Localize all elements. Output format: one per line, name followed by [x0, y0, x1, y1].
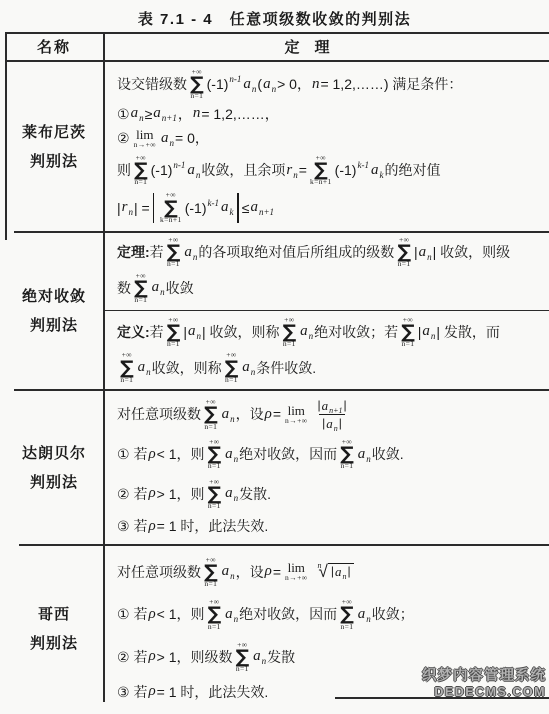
summation-symbol: +∞∑n=1: [204, 398, 218, 431]
summation-symbol: +∞∑n=1: [204, 556, 218, 589]
row-theorem-cell: 对任意项级数+∞∑n=1an，设 ρ = limn→+∞| an+1 || an…: [104, 389, 549, 544]
summation-lower-limit: n=1: [398, 260, 411, 268]
variable: an: [152, 279, 165, 296]
variable: an: [225, 485, 238, 502]
formula-text: = 0，: [175, 130, 209, 146]
formula-text: 的各项取绝对值后所组成的级数: [198, 244, 394, 260]
row-name-line: 哥西: [38, 603, 70, 624]
sigma-glyph: ∑: [204, 564, 218, 580]
formula-text: ，设: [236, 564, 264, 580]
table-row: 莱布尼茨判别法设交错级数+∞∑n=1(-1)n-1an(an > 0，n = 1…: [0, 61, 549, 231]
theorem-section: 对任意项级数+∞∑n=1an，设 ρ = limn→+∞| an+1 || an…: [104, 389, 549, 544]
row-name-line: 判别法: [30, 471, 78, 492]
variable: an: [243, 76, 256, 93]
variable: an: [242, 359, 255, 376]
formula-text: |: [418, 324, 422, 340]
variable: an: [358, 446, 371, 463]
formula-text: 绝对收敛，因而: [239, 606, 337, 622]
subscript: n+1: [162, 113, 177, 123]
sigma-glyph: ∑: [208, 606, 222, 622]
formula-text: 则: [117, 162, 131, 178]
variable: an: [358, 606, 371, 623]
formula-text: |: [117, 200, 121, 216]
summation-lower-limit: n=1: [225, 376, 238, 384]
header-name-cell: 名称: [5, 32, 103, 60]
subscript: n: [334, 425, 338, 433]
subscript: n: [262, 656, 267, 666]
row-name-line: 达朗贝尔: [22, 442, 86, 463]
summation-symbol: +∞∑n=1: [190, 68, 204, 101]
formula-text: > 0，: [277, 76, 311, 92]
variable: ak: [221, 199, 234, 216]
row-name-line: 绝对收敛: [22, 285, 86, 306]
variable: an+1: [250, 199, 274, 216]
summation-lower-limit: n=1: [167, 340, 180, 348]
subscript: n: [230, 414, 235, 424]
formula-line: 对任意项级数+∞∑n=1an，设 ρ = limn→+∞| an+1 || an…: [117, 398, 545, 431]
limit-subscript: n→+∞: [134, 141, 156, 149]
limit-subscript: n→+∞: [285, 417, 307, 425]
fraction-numerator: | an+1 |: [314, 399, 349, 414]
formula-text: (: [257, 76, 262, 92]
row-name-cell: 绝对收敛判别法: [5, 231, 103, 389]
formula-text: = 1,2,……，: [201, 106, 278, 122]
sigma-glyph: ∑: [208, 446, 222, 462]
formula-text: ≤: [242, 200, 250, 216]
subscript: n: [427, 252, 432, 262]
subscript: k: [379, 170, 383, 180]
sigma-glyph: ∑: [204, 406, 218, 422]
sigma-glyph: ∑: [134, 280, 148, 296]
limit-subscript: n→+∞: [285, 574, 307, 582]
variable: an: [188, 323, 201, 340]
limit-operator: limn→+∞: [134, 128, 156, 149]
superscript: n-1: [173, 160, 185, 170]
subscript: n: [146, 367, 151, 377]
variable: an: [335, 565, 347, 580]
formula-text: ② 若: [117, 649, 147, 665]
summation-symbol: +∞∑n=1: [340, 598, 354, 631]
variable: an: [263, 76, 276, 93]
formula-text: | 收敛，则称: [202, 324, 280, 340]
formula-text: 若: [150, 324, 164, 340]
summation-lower-limit: n=1: [236, 665, 249, 673]
formula-line: 定义:若+∞∑n=1| an | 收敛，则称+∞∑n=1an 绝对收敛；若+∞∑…: [117, 316, 545, 349]
summation-lower-limit: k=n+1: [310, 178, 332, 186]
summation-symbol: +∞∑n=1: [208, 438, 222, 471]
row-name-line: 判别法: [30, 150, 78, 171]
formula-text: 设交错级数: [117, 76, 187, 92]
variable: an: [253, 648, 266, 665]
variable: rn: [122, 199, 133, 216]
sigma-glyph: ∑: [167, 244, 181, 260]
subscript: n: [252, 84, 257, 94]
subscript: n: [366, 454, 371, 464]
formula-line: ① 若 ρ < 1，则+∞∑n=1an 绝对收敛，因而+∞∑n=1an 收敛；: [117, 598, 545, 631]
summation-lower-limit: n=1: [167, 260, 180, 268]
summation-lower-limit: n=1: [120, 376, 133, 384]
limit-operator: limn→+∞: [285, 404, 307, 425]
summation-lower-limit: n=1: [204, 423, 217, 431]
summation-lower-limit: n=1: [283, 340, 296, 348]
variable: an+1: [322, 399, 343, 412]
summation-symbol: +∞∑n=1: [236, 641, 250, 674]
formula-line: ① 若 ρ < 1，则+∞∑n=1an 绝对收敛，因而+∞∑n=1an 收敛.: [117, 438, 545, 471]
variable: an: [225, 446, 238, 463]
subscript: k: [229, 207, 233, 217]
formula-text: |: [317, 399, 320, 411]
formula-line: 数+∞∑n=1an 收敛: [117, 272, 545, 305]
limit-operator: limn→+∞: [285, 561, 307, 582]
formula-text: ①: [117, 106, 130, 122]
variable: an: [300, 323, 313, 340]
formula-bold-text: 定理:: [117, 244, 150, 260]
sigma-glyph: ∑: [236, 649, 250, 665]
variable: an: [131, 105, 144, 122]
variable: an: [187, 162, 200, 179]
summation-lower-limit: n=1: [208, 462, 221, 470]
formula-text: |: [322, 417, 325, 429]
variable: n: [312, 76, 320, 93]
formula-text: ②: [117, 130, 130, 146]
formula-text: ① 若: [117, 446, 147, 462]
sigma-glyph: ∑: [282, 324, 296, 340]
formula-text: 收敛，且余项: [201, 162, 285, 178]
variable: an: [225, 606, 238, 623]
variable: ρ: [265, 563, 272, 580]
formula-text: | 收敛，则级: [433, 244, 511, 260]
formula-text: | =: [134, 200, 150, 216]
summation-symbol: +∞∑k=n+1: [310, 154, 332, 187]
formula-text: 对任意项级数: [117, 564, 201, 580]
summation-symbol: +∞∑n=1: [208, 598, 222, 631]
fraction-denominator: | an |: [319, 414, 345, 430]
variable: ρ: [265, 406, 272, 423]
summation-lower-limit: n=1: [134, 296, 147, 304]
subscript: n: [196, 170, 201, 180]
subscript: n: [234, 614, 239, 624]
formula-text: |: [339, 417, 342, 429]
subscript: n: [234, 454, 239, 464]
summation-lower-limit: n=1: [341, 623, 354, 631]
scanned-textbook-page: 表 7.1 - 4 任意项级数收敛的判别法 名称 定 理 莱布尼茨判别法设交错级…: [0, 0, 549, 714]
sigma-glyph: ∑: [340, 446, 354, 462]
formula-text: > 1，则级数: [157, 649, 233, 665]
variable: an: [222, 406, 235, 423]
formula-text: ③ 若: [117, 684, 147, 700]
sigma-glyph: ∑: [225, 360, 239, 376]
summation-lower-limit: n=1: [208, 502, 221, 510]
superscript: k-1: [207, 198, 219, 208]
theorem-section: 定理:若+∞∑n=1an 的各项取绝对值后所组成的级数+∞∑n=1| an | …: [104, 231, 549, 310]
formula-text: < 1，则: [157, 446, 205, 462]
root-body: | an |: [328, 563, 354, 580]
summation-symbol: +∞∑n=1: [208, 478, 222, 511]
formula-text: 绝对收敛；若: [314, 324, 398, 340]
formula-text: = 1 时，此法失效.: [157, 684, 269, 700]
variable: ρ: [148, 518, 155, 535]
subscript: n: [251, 367, 256, 377]
formula-text: =: [299, 162, 307, 178]
sigma-glyph: ∑: [397, 244, 411, 260]
summation-lower-limit: n=1: [208, 623, 221, 631]
radical-sign: √: [318, 563, 327, 580]
formula-text: | 发散，而: [436, 324, 500, 340]
summation-lower-limit: n=1: [134, 178, 147, 186]
formula-text: ① 若: [117, 606, 147, 622]
subscript: n: [272, 84, 277, 94]
variable: an: [422, 323, 435, 340]
formula-text: = 1,2,……) 满足条件：: [320, 76, 462, 92]
formula-text: (-1): [335, 162, 357, 178]
formula-line: 定理:若+∞∑n=1an 的各项取绝对值后所组成的级数+∞∑n=1| an | …: [117, 236, 545, 269]
formula-text: |: [347, 565, 350, 579]
sigma-glyph: ∑: [208, 486, 222, 502]
row-theorem-cell: 设交错级数+∞∑n=1(-1)n-1an(an > 0，n = 1,2,……) …: [104, 61, 549, 231]
subscript: n: [366, 614, 371, 624]
limit-word: lim: [288, 404, 305, 417]
row-name-cell: 哥西判别法: [5, 544, 103, 712]
summation-symbol: +∞∑n=1: [340, 438, 354, 471]
header-row: 名称 定 理: [0, 32, 549, 60]
variable: an: [419, 244, 432, 261]
formula-line: ② 若 ρ > 1，则+∞∑n=1an 发散.: [117, 478, 545, 511]
formula-text: 发散: [267, 649, 295, 665]
formula-line: ③ 若 ρ = 1 时，此法失效.: [117, 518, 545, 535]
sigma-glyph: ∑: [401, 324, 415, 340]
formula-text: > 1，则: [157, 486, 205, 502]
table-row: 达朗贝尔判别法对任意项级数+∞∑n=1an，设 ρ = limn→+∞| an+…: [0, 389, 549, 544]
sigma-glyph: ∑: [120, 360, 134, 376]
formula-text: 的绝对值: [384, 162, 440, 178]
row-name-cell: 达朗贝尔判别法: [5, 389, 103, 544]
formula-line: 对任意项级数+∞∑n=1an，设 ρ = limn→+∞n√| an |: [117, 556, 545, 589]
subscript: n: [160, 287, 165, 297]
sigma-glyph: ∑: [314, 162, 328, 178]
formula-text: 对任意项级数: [117, 406, 201, 422]
variable: ρ: [148, 446, 155, 463]
formula-text: 条件收敛.: [256, 360, 316, 376]
variable: ρ: [148, 606, 155, 623]
variable: an: [138, 359, 151, 376]
fraction: | an+1 || an |: [314, 399, 349, 430]
formula-text: ≥: [145, 106, 153, 122]
variable: ρ: [148, 683, 155, 700]
sigma-glyph: ∑: [164, 200, 178, 216]
variable: ρ: [148, 648, 155, 665]
formula-text: ，: [178, 106, 192, 122]
watermark: 织梦内容管理系统 DEDECMS.COM: [422, 668, 546, 700]
subscript: n: [128, 207, 133, 217]
summation-symbol: +∞∑n=1: [282, 316, 296, 349]
formula-text: 收敛；: [372, 606, 414, 622]
row-name-cell: 莱布尼茨判别法: [5, 61, 103, 231]
formula-text: 数: [117, 280, 131, 296]
formula-text: =: [273, 564, 281, 580]
formula-line: | rn | = +∞∑k=n+1(-1)k-1ak ≤ an+1: [117, 191, 545, 224]
formula-text: (-1): [207, 76, 229, 92]
variable: rn: [286, 162, 297, 179]
variable: ak: [371, 162, 384, 179]
formula-text: (-1): [151, 162, 173, 178]
formula-text: ，设: [236, 406, 264, 422]
summation-symbol: +∞∑n=1: [134, 154, 148, 187]
superscript: n-1: [229, 74, 241, 84]
summation-lower-limit: n=1: [204, 580, 217, 588]
summation-lower-limit: n=1: [190, 92, 203, 100]
formula-line: 则+∞∑n=1(-1)n-1an 收敛，且余项 rn = +∞∑k=n+1(-1…: [117, 154, 545, 187]
subscript: n: [139, 113, 144, 123]
formula-text: 绝对收敛，因而: [239, 446, 337, 462]
subscript: n+1: [259, 207, 274, 217]
formula-text: |: [414, 244, 418, 260]
formula-text: |: [344, 399, 347, 411]
variable: an: [326, 417, 338, 430]
variable: an: [222, 563, 235, 580]
sigma-glyph: ∑: [134, 162, 148, 178]
variable: an: [184, 244, 197, 261]
summation-symbol: +∞∑n=1: [225, 351, 239, 384]
summation-lower-limit: n=1: [341, 462, 354, 470]
superscript: k-1: [357, 160, 369, 170]
row-name-line: 判别法: [30, 632, 78, 653]
formula-text: =: [273, 406, 281, 422]
formula-text: 收敛.: [372, 446, 404, 462]
sigma-glyph: ∑: [340, 606, 354, 622]
summation-symbol: +∞∑k=n+1: [160, 191, 182, 224]
header-theorem-cell: 定 理: [105, 32, 549, 60]
summation-symbol: +∞∑n=1: [167, 316, 181, 349]
theorem-section: 定义:若+∞∑n=1| an | 收敛，则称+∞∑n=1an 绝对收敛；若+∞∑…: [104, 310, 549, 390]
summation-symbol: +∞∑n=1: [397, 236, 411, 269]
theorem-section: 设交错级数+∞∑n=1(-1)n-1an(an > 0，n = 1,2,……) …: [104, 61, 549, 231]
subscript: n: [170, 138, 175, 148]
row-theorem-cell: 定理:若+∞∑n=1an 的各项取绝对值后所组成的级数+∞∑n=1| an | …: [104, 231, 549, 389]
summation-lower-limit: k=n+1: [160, 216, 182, 224]
summation-symbol: +∞∑n=1: [134, 272, 148, 305]
limit-word: lim: [136, 128, 153, 141]
summation-lower-limit: n=1: [401, 340, 414, 348]
summation-symbol: +∞∑n=1: [120, 351, 134, 384]
subscript: n: [234, 493, 239, 503]
subscript: n: [196, 331, 201, 341]
variable: an+1: [153, 105, 177, 122]
watermark-chinese-text: 织梦内容管理系统: [422, 668, 546, 685]
variable: n: [193, 105, 201, 122]
subscript: n: [309, 331, 314, 341]
nth-root: n√| an |: [314, 564, 353, 581]
formula-text: |: [331, 565, 334, 579]
formula-text: = 1 时，此法失效.: [157, 518, 269, 534]
formula-bold-text: 定义:: [117, 324, 150, 340]
subscript: n: [230, 571, 235, 581]
formula-line: 设交错级数+∞∑n=1(-1)n-1an(an > 0，n = 1,2,……) …: [117, 68, 545, 101]
subscript: n: [293, 170, 298, 180]
tall-abs-bar: [153, 193, 154, 223]
subscript: n+1: [329, 407, 342, 415]
formula-line: +∞∑n=1an 收敛，则称+∞∑n=1an 条件收敛.: [117, 351, 545, 384]
watermark-domain-text: DEDECMS.COM: [422, 685, 546, 700]
variable: ρ: [148, 485, 155, 502]
formula-text: < 1，则: [157, 606, 205, 622]
subscript: n: [342, 572, 346, 581]
sigma-glyph: ∑: [167, 324, 181, 340]
formula-text: 若: [150, 244, 164, 260]
row-name-line: 莱布尼茨: [22, 121, 86, 142]
table-title: 表 7.1 - 4 任意项级数收敛的判别法: [0, 8, 549, 29]
formula-line: ① an ≥ an+1，n = 1,2,……，: [117, 105, 545, 122]
summation-symbol: +∞∑n=1: [401, 316, 415, 349]
row-name-line: 判别法: [30, 314, 78, 335]
summation-symbol: +∞∑n=1: [167, 236, 181, 269]
formula-text: ② 若: [117, 486, 147, 502]
formula-text: 收敛: [166, 280, 194, 296]
sigma-glyph: ∑: [190, 76, 204, 92]
variable: an: [161, 130, 174, 147]
formula-text: 发散.: [239, 486, 271, 502]
subscript: n: [193, 252, 198, 262]
subscript: n: [431, 331, 436, 341]
formula-text: 收敛，则称: [152, 360, 222, 376]
formula-text: ③ 若: [117, 518, 147, 534]
formula-text: |: [183, 324, 187, 340]
formula-line: ② limn→+∞an = 0，: [117, 128, 545, 149]
tall-abs-bar: [237, 193, 238, 223]
formula-text: (-1): [185, 200, 207, 216]
table-row: 绝对收敛判别法定理:若+∞∑n=1an 的各项取绝对值后所组成的级数+∞∑n=1…: [0, 231, 549, 389]
